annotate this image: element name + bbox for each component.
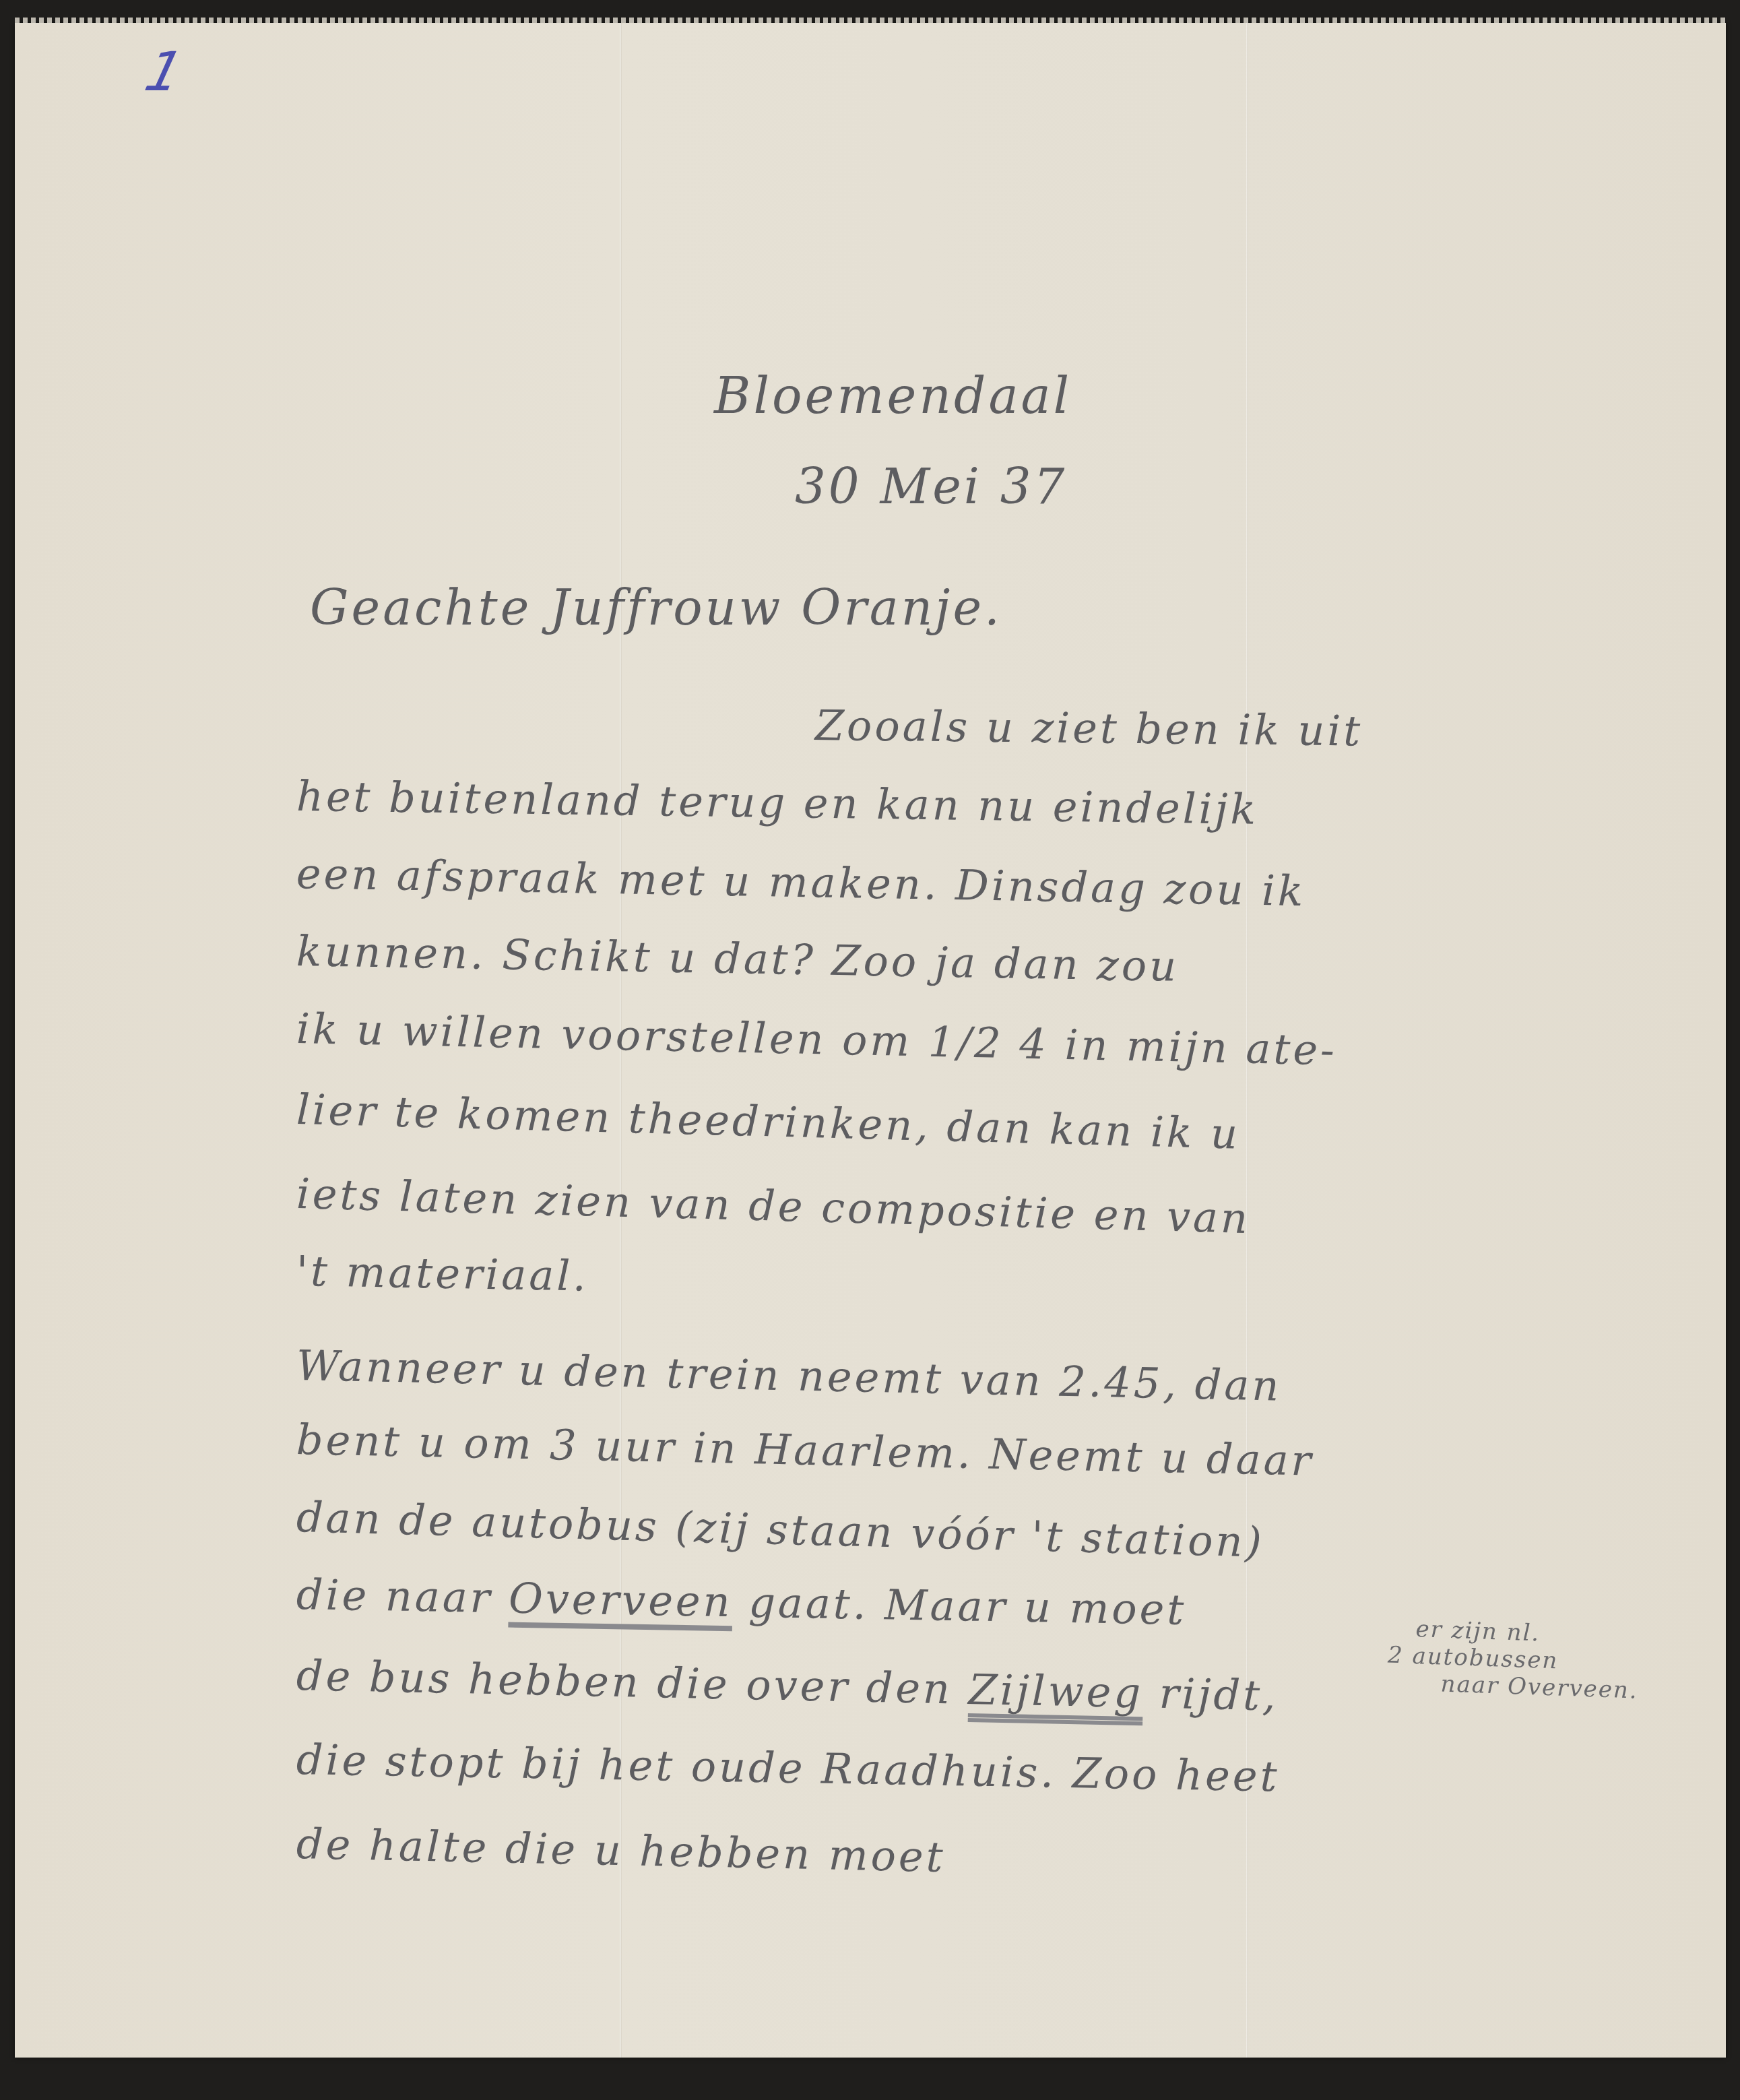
letter-date: 30 Mei 37 — [795, 458, 1067, 515]
letter-salutation: Geachte Juffrouw Oranje. — [310, 579, 1002, 636]
emphasized-word: Zijlweg — [968, 1665, 1144, 1717]
margin-note: er zijn nl. 2 autobussen naar Overveen. — [1386, 1615, 1712, 1707]
emphasized-word: Overveen — [508, 1574, 733, 1627]
body-line: Zooals u ziet ben ik uit — [815, 701, 1363, 756]
letter-place: Bloemendaal — [714, 367, 1072, 425]
body-line: 't materiaal. — [296, 1246, 589, 1301]
